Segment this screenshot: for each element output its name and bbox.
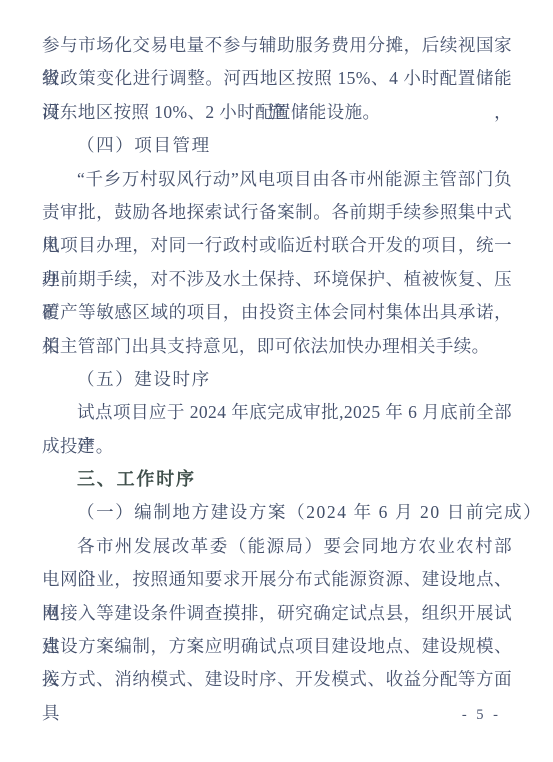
page-number: - 5 - — [462, 707, 501, 724]
paragraph-line: 责审批，鼓励各地探索试行备案制。各前期手续参照集中式风 — [42, 196, 512, 229]
paragraph-line: 建设方案编制，方案应明确试点项目建设地点、建设规模、接 — [42, 630, 512, 663]
paragraph-line: 电网企业，按照通知要求开展分布式能源资源、建设地点、电 — [42, 563, 512, 596]
paragraph-line: 成投产。 — [42, 430, 512, 463]
heading-item-5: （五）建设时序 — [42, 363, 512, 396]
paragraph-line: 各市州发展改革委（能源局）要会同地方农业农村部门、 — [42, 530, 512, 563]
subsection-heading: （一）编制地方建设方案（2024 年 6 月 20 日前完成） — [42, 496, 512, 529]
paragraph-line: 参与市场化交易电量不参与辅助服务费用分摊，后续视国家省 — [42, 29, 512, 62]
paragraph-line: “千乡万村驭风行动”风电项目由各市州能源主管部门负 — [42, 163, 512, 196]
document-body: 参与市场化交易电量不参与辅助服务费用分摊，后续视国家省 级政策变化进行调整。河西… — [42, 29, 512, 697]
paragraph-line: 理前期手续，对不涉及水土保持、环境保护、植被恢复、压覆 — [42, 263, 512, 296]
paragraph-line: 级政策变化进行调整。河西地区按照 15%、4 小时配置储能设施， — [42, 62, 512, 95]
paragraph-line: 入方式、消纳模式、建设时序、开发模式、收益分配等方面具 — [42, 663, 512, 696]
paragraph-line: 关主管部门出具支持意见，即可依法加快办理相关手续。 — [42, 330, 512, 363]
paragraph-line: 矿产等敏感区域的项目，由投资主体会同村集体出具承诺，相 — [42, 296, 512, 329]
paragraph-line: 网接入等建设条件调查摸排，研究确定试点县，组织开展试点 — [42, 597, 512, 630]
paragraph-line: 试点项目应于 2024 年底完成审批,2025 年 6 月底前全部建 — [42, 396, 512, 429]
section-heading: 三、工作时序 — [42, 463, 512, 496]
document-page: 参与市场化交易电量不参与辅助服务费用分摊，后续视国家省 级政策变化进行调整。河西… — [0, 0, 553, 762]
paragraph-line: 电项目办理，对同一行政村或临近村联合开发的项目，统一办 — [42, 229, 512, 262]
heading-item-4: （四）项目管理 — [42, 129, 512, 162]
